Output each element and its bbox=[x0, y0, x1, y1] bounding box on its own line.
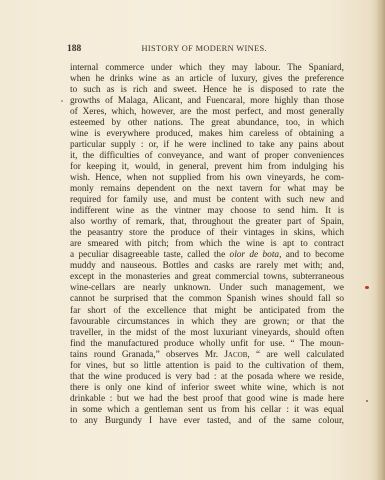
book-page: 188 HISTORY OF MODERN WINES. internal co… bbox=[0, 0, 385, 480]
paper-blemish bbox=[366, 400, 368, 402]
text-line: far short of the excellence that might b… bbox=[70, 306, 344, 317]
text-line: a peculiar disagreeable taste, called th… bbox=[70, 250, 344, 261]
text-line: muddy and nauseous. Bottles and casks ar… bbox=[70, 261, 344, 272]
text-line: there is only one kind of inferior sweet… bbox=[70, 383, 344, 394]
page-number: 188 bbox=[67, 44, 81, 54]
text-line: for vines, but so little attention is pa… bbox=[70, 361, 344, 372]
text-segment: , “ are well calculated bbox=[247, 350, 344, 360]
text-line: indifferent wine as the vintner may choo… bbox=[70, 206, 344, 217]
text-line: except in the monasteries and great comm… bbox=[70, 272, 344, 283]
text-line: for keeping it, would, in general, preve… bbox=[70, 162, 344, 173]
running-header: 188 HISTORY OF MODERN WINES. bbox=[67, 44, 344, 54]
text-line: drinkable : but we had the best proof th… bbox=[70, 394, 344, 405]
body-text: internal commerce under which they may l… bbox=[70, 63, 344, 428]
text-line: favourable circumstances in which they a… bbox=[70, 317, 344, 328]
italic-term: olor de bota bbox=[230, 250, 280, 260]
text-line: internal commerce under which they may l… bbox=[70, 63, 344, 74]
text-line: are smeared with pitch; from which the w… bbox=[70, 239, 344, 250]
text-segment: a peculiar disagreeable taste, called th… bbox=[70, 250, 230, 260]
page-edge-shadow bbox=[375, 0, 385, 480]
text-line: find the manufactured produce wholly unf… bbox=[70, 339, 344, 350]
text-line: traveller, in the midst of the most luxu… bbox=[70, 328, 344, 339]
text-line: wish. Hence, when not supplied from his … bbox=[70, 173, 344, 184]
text-line: growths of Malaga, Alicant, and Fuencara… bbox=[70, 96, 344, 107]
text-line: also worthy of remark, that, throughout … bbox=[70, 217, 344, 228]
text-line: tains round Granada,” observes Mr. Jacob… bbox=[70, 350, 344, 361]
paper-blemish bbox=[365, 286, 369, 289]
text-line: in some which a gentleman sent us from h… bbox=[70, 405, 344, 416]
text-line: to any Burgundy I have ever tasted, and … bbox=[70, 416, 344, 427]
paper-blemish bbox=[61, 100, 63, 102]
text-line: the peasantry store the produce of their… bbox=[70, 228, 344, 239]
running-title: HISTORY OF MODERN WINES. bbox=[141, 44, 267, 54]
text-line: wine-cellars are nearly unknown. Under s… bbox=[70, 283, 344, 294]
text-line: wine is everywhere produced, makes him c… bbox=[70, 129, 344, 140]
author-name: Jacob bbox=[224, 350, 247, 360]
text-line: required for family use, and must be con… bbox=[70, 195, 344, 206]
text-line: to such as is rich and sweet. Hence he i… bbox=[70, 85, 344, 96]
text-line: it, the difficulties of conveyance, and … bbox=[70, 151, 344, 162]
text-segment: , and to become bbox=[279, 250, 344, 260]
text-line: that the wine produced is very bad : at … bbox=[70, 372, 344, 383]
text-line: monly remains dependent on the next tave… bbox=[70, 184, 344, 195]
text-line: particular supply : or, if he were incli… bbox=[70, 140, 344, 151]
text-line: of Xeres, which, however, are the most p… bbox=[70, 107, 344, 118]
text-segment: tains round Granada,” observes Mr. bbox=[70, 350, 224, 360]
text-line: cannot be surprised that the common Span… bbox=[70, 294, 344, 305]
text-line: when he drinks wine as an article of lux… bbox=[70, 74, 344, 85]
text-line: esteemed by other nations. The great abu… bbox=[70, 118, 344, 129]
